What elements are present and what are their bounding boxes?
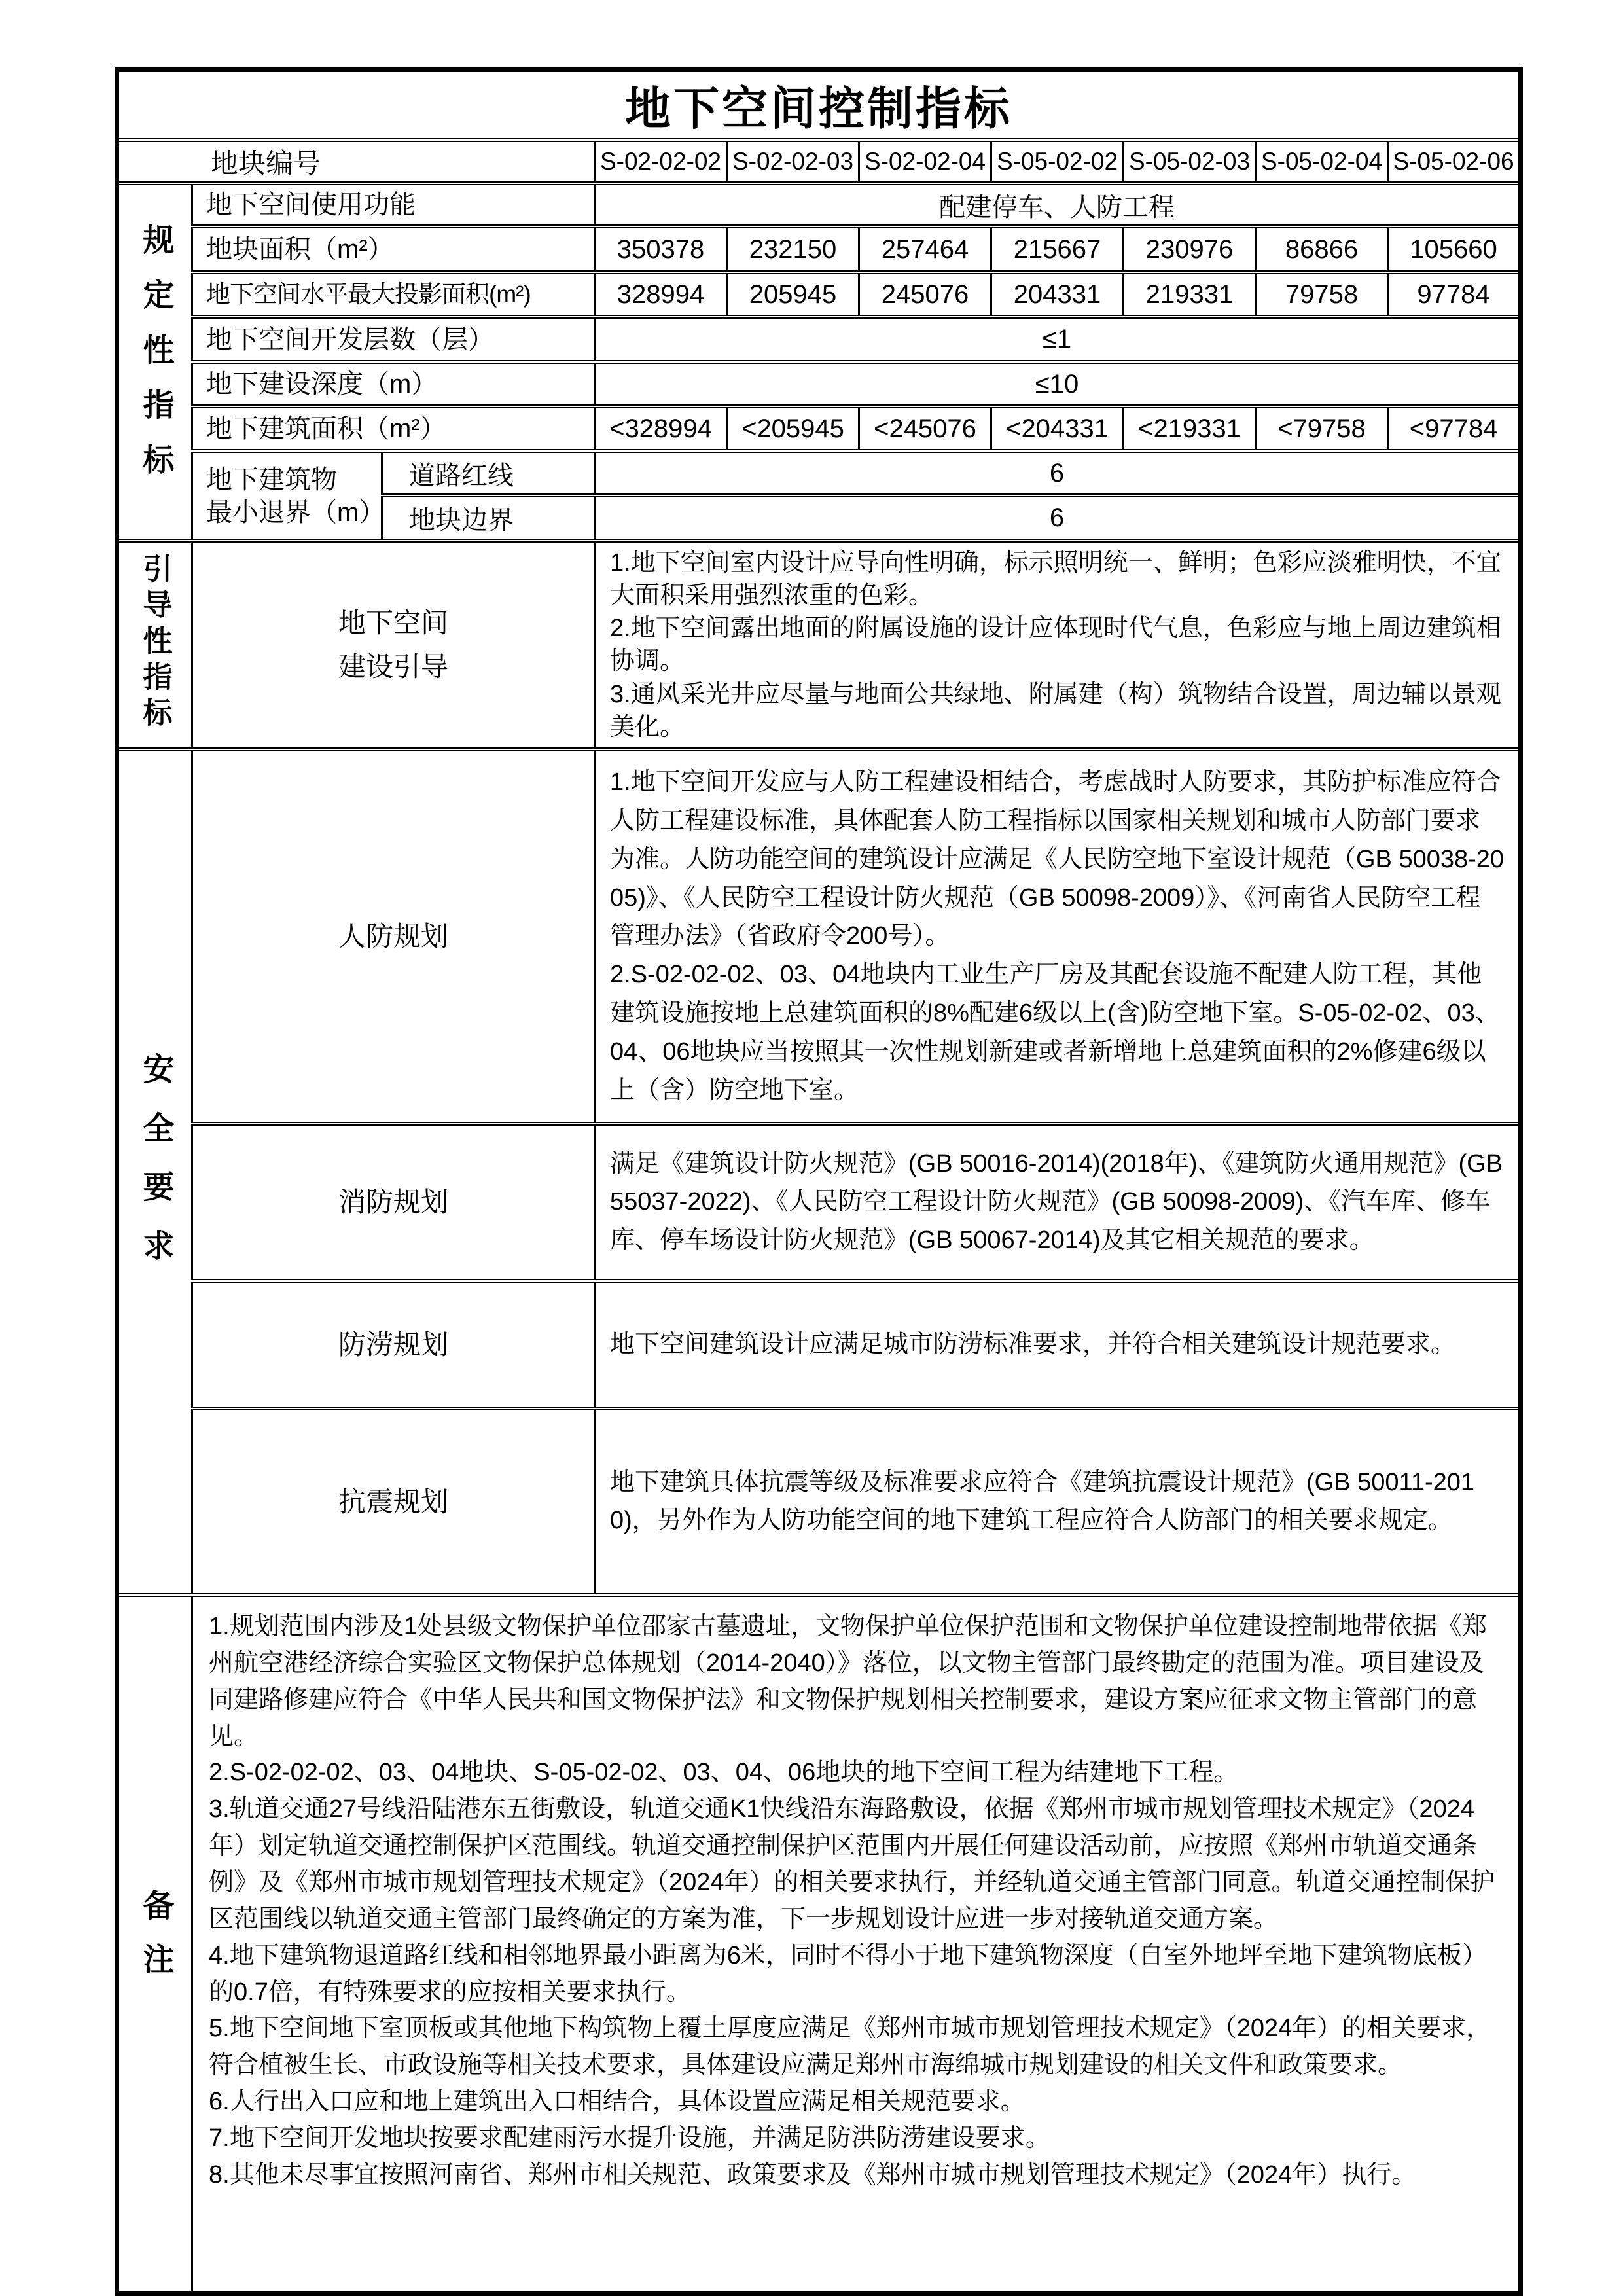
- value-plot-area: 230976: [1124, 226, 1256, 272]
- value-floor-area: <328994: [595, 406, 727, 451]
- notes-vertical-label: 备注: [139, 1889, 171, 1996]
- value-plot-area: 350378: [595, 226, 727, 272]
- regulatory-vertical-label: 规定性指标: [139, 223, 171, 498]
- flood-planning-row: 防涝规划 地下空间建筑设计应满足城市防涝标准要求，并符合相关建筑设计规范要求。: [117, 1281, 1521, 1408]
- page-title: 地下空间控制指标: [117, 70, 1521, 141]
- value-projection: 205945: [727, 272, 859, 317]
- value-projection: 97784: [1388, 272, 1521, 317]
- row-label-fire-planning: 消防规划: [192, 1124, 595, 1281]
- guidance-vertical-label: 引导性指标: [141, 553, 170, 733]
- value-plot-area: 105660: [1388, 226, 1521, 272]
- row-label-floor-area: 地下建筑面积（m²）: [192, 406, 595, 451]
- underground-space-control-table: 地下空间控制指标 地块编号 S-02-02-02 S-02-02-03 S-02…: [115, 67, 1523, 2296]
- civil-air-defense-row: 安全要求 人防规划 1.地下空间开发应与人防工程建设相结合，考虑战时人防要求，其…: [117, 749, 1521, 1124]
- civil-air-defense-content: 1.地下空间开发应与人防工程建设相结合，考虑战时人防要求，其防护标准应符合人防工…: [595, 749, 1521, 1124]
- value-layers: ≤1: [595, 317, 1521, 362]
- value-floor-area: <205945: [727, 406, 859, 451]
- fire-planning-content: 满足《建筑设计防火规范》(GB 50016-2014)(2018年)、《建筑防火…: [595, 1124, 1521, 1281]
- setback-road-row: 地下建筑物 最小退界（m） 道路红线 6: [117, 451, 1521, 495]
- row-label-function: 地下空间使用功能: [192, 183, 595, 226]
- value-floor-area: <97784: [1388, 406, 1521, 451]
- quake-planning-content: 地下建筑具体抗震等级及标准要求应符合《建筑抗震设计规范》(GB 50011-20…: [595, 1408, 1521, 1595]
- value-projection: 328994: [595, 272, 727, 317]
- value-projection: 245076: [859, 272, 991, 317]
- plot-area-row: 地块面积（m²） 350378 232150 257464 215667 230…: [117, 226, 1521, 272]
- safety-vertical-label: 安全要求: [139, 1052, 171, 1288]
- section-label-guidance: 引导性指标: [117, 541, 192, 749]
- notes-row: 备注 1.规划范围内涉及1处县级文物保护单位邵家古墓遗址，文物保护单位保护范围和…: [117, 1595, 1521, 2294]
- value-floor-area: <204331: [991, 406, 1124, 451]
- value-plot-area: 257464: [859, 226, 991, 272]
- quake-planning-row: 抗震规划 地下建筑具体抗震等级及标准要求应符合《建筑抗震设计规范》(GB 500…: [117, 1408, 1521, 1595]
- projection-row: 地下空间水平最大投影面积(m²) 328994 205945 245076 20…: [117, 272, 1521, 317]
- parcel-id: S-02-02-04: [859, 140, 991, 183]
- row-label-setback: 地下建筑物 最小退界（m）: [192, 451, 382, 541]
- row-label-projection: 地下空间水平最大投影面积(m²): [192, 272, 595, 317]
- title-row: 地下空间控制指标: [117, 70, 1521, 141]
- parcel-id: S-05-02-02: [991, 140, 1124, 183]
- fire-planning-row: 消防规划 满足《建筑设计防火规范》(GB 50016-2014)(2018年)、…: [117, 1124, 1521, 1281]
- document-page: 地下空间控制指标 地块编号 S-02-02-02 S-02-02-03 S-02…: [0, 0, 1623, 2296]
- value-floor-area: <79758: [1256, 406, 1388, 451]
- parcel-no-label: 地块编号: [117, 140, 595, 183]
- value-projection: 204331: [991, 272, 1124, 317]
- row-label-civil-air-defense: 人防规划: [192, 749, 595, 1124]
- value-setback-road: 6: [595, 451, 1521, 495]
- value-projection: 79758: [1256, 272, 1388, 317]
- function-row: 规定性指标 地下空间使用功能 配建停车、人防工程: [117, 183, 1521, 226]
- flood-planning-content: 地下空间建筑设计应满足城市防涝标准要求，并符合相关建筑设计规范要求。: [595, 1281, 1521, 1408]
- sub-label-plot-boundary: 地块边界: [382, 495, 595, 541]
- parcel-id: S-05-02-06: [1388, 140, 1521, 183]
- value-floor-area: <219331: [1124, 406, 1256, 451]
- value-setback-boundary: 6: [595, 495, 1521, 541]
- sub-label-road-red-line: 道路红线: [382, 451, 595, 495]
- parcel-id: S-02-02-02: [595, 140, 727, 183]
- row-label-layers: 地下空间开发层数（层）: [192, 317, 595, 362]
- guidance-row: 引导性指标 地下空间 建设引导 1.地下空间室内设计应导向性明确，标示照明统一、…: [117, 541, 1521, 749]
- parcel-id: S-05-02-03: [1124, 140, 1256, 183]
- row-label-flood-planning: 防涝规划: [192, 1281, 595, 1408]
- section-label-safety: 安全要求: [117, 749, 192, 1595]
- parcel-id: S-02-02-03: [727, 140, 859, 183]
- value-plot-area: 232150: [727, 226, 859, 272]
- value-floor-area: <245076: [859, 406, 991, 451]
- value-plot-area: 215667: [991, 226, 1124, 272]
- parcel-id-row: 地块编号 S-02-02-02 S-02-02-03 S-02-02-04 S-…: [117, 140, 1521, 183]
- value-depth: ≤10: [595, 362, 1521, 406]
- section-label-regulatory: 规定性指标: [117, 183, 192, 541]
- depth-row: 地下建设深度（m） ≤10: [117, 362, 1521, 406]
- row-label-construction-guidance: 地下空间 建设引导: [192, 541, 595, 749]
- notes-content: 1.规划范围内涉及1处县级文物保护单位邵家古墓遗址，文物保护单位保护范围和文物保…: [192, 1595, 1521, 2294]
- row-label-quake-planning: 抗震规划: [192, 1408, 595, 1595]
- value-plot-area: 86866: [1256, 226, 1388, 272]
- row-label-depth: 地下建设深度（m）: [192, 362, 595, 406]
- row-label-plot-area: 地块面积（m²）: [192, 226, 595, 272]
- value-function: 配建停车、人防工程: [595, 183, 1521, 226]
- floor-area-row: 地下建筑面积（m²） <328994 <205945 <245076 <2043…: [117, 406, 1521, 451]
- parcel-id: S-05-02-04: [1256, 140, 1388, 183]
- guidance-content: 1.地下空间室内设计应导向性明确，标示照明统一、鲜明；色彩应淡雅明快，不宜大面积…: [595, 541, 1521, 749]
- section-label-notes: 备注: [117, 1595, 192, 2294]
- value-projection: 219331: [1124, 272, 1256, 317]
- layers-row: 地下空间开发层数（层） ≤1: [117, 317, 1521, 362]
